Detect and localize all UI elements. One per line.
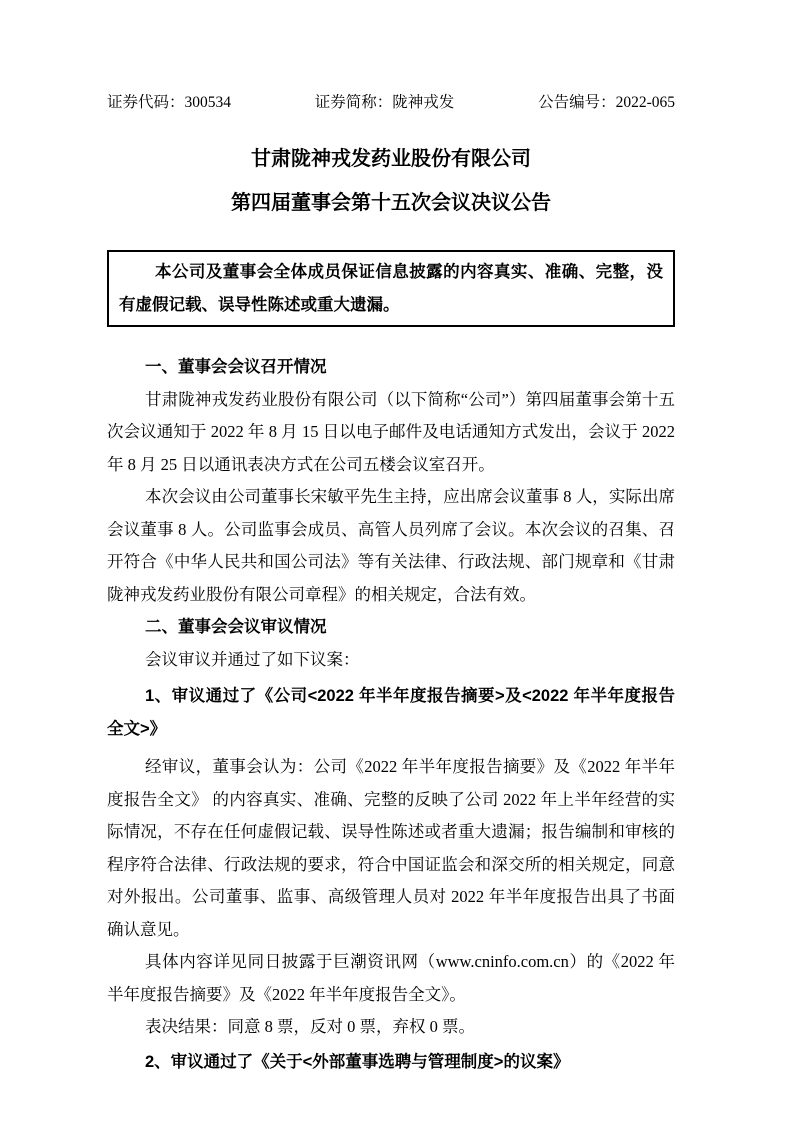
- page-title-company: 甘肃陇神戎发药业股份有限公司: [107, 145, 675, 173]
- section2-intro: 会议审议并通过了如下议案：: [107, 644, 675, 677]
- document-page: 证券代码：300534 证券简称：陇神戎发 公告编号：2022-065 甘肃陇神…: [0, 0, 793, 1122]
- page-title-meeting: 第四届董事会第十五次会议决议公告: [107, 189, 675, 217]
- section2-heading: 二、董事会会议审议情况: [107, 611, 675, 644]
- disclaimer-box: 本公司及董事会全体成员保证信息披露的内容真实、准确、完整，没有虚假记载、误导性陈…: [107, 250, 675, 327]
- item1-paragraph1: 经审议，董事会认为：公司《2022 年半年度报告摘要》及《2022 年半年度报告…: [107, 751, 675, 946]
- announcement-no-label: 公告编号：2022-065: [538, 93, 675, 113]
- document-header-row: 证券代码：300534 证券简称：陇神戎发 公告编号：2022-065: [107, 0, 675, 113]
- section1-heading: 一、董事会会议召开情况: [107, 351, 675, 384]
- item1-vote-result: 表决结果：同意 8 票，反对 0 票，弃权 0 票。: [107, 1011, 675, 1044]
- section1-paragraph2: 本次会议由公司董事长宋敏平先生主持，应出席会议董事 8 人，实际出席会议董事 8…: [107, 481, 675, 611]
- stock-abbr-label: 证券简称：陇神戎发: [315, 93, 455, 113]
- item2-heading: 2、审议通过了《关于<外部董事选聘与管理制度>的议案》: [107, 1046, 675, 1079]
- document-content: 证券代码：300534 证券简称：陇神戎发 公告编号：2022-065 甘肃陇神…: [107, 0, 675, 1078]
- item1-paragraph2: 具体内容详见同日披露于巨潮资讯网（www.cninfo.com.cn）的《202…: [107, 946, 675, 1011]
- stock-code-label: 证券代码：300534: [107, 93, 231, 113]
- item1-heading: 1、审议通过了《公司<2022 年半年度报告摘要>及<2022 年半年度报告全文…: [107, 680, 675, 745]
- section1-paragraph1: 甘肃陇神戎发药业股份有限公司（以下简称“公司”）第四届董事会第十五次会议通知于 …: [107, 384, 675, 482]
